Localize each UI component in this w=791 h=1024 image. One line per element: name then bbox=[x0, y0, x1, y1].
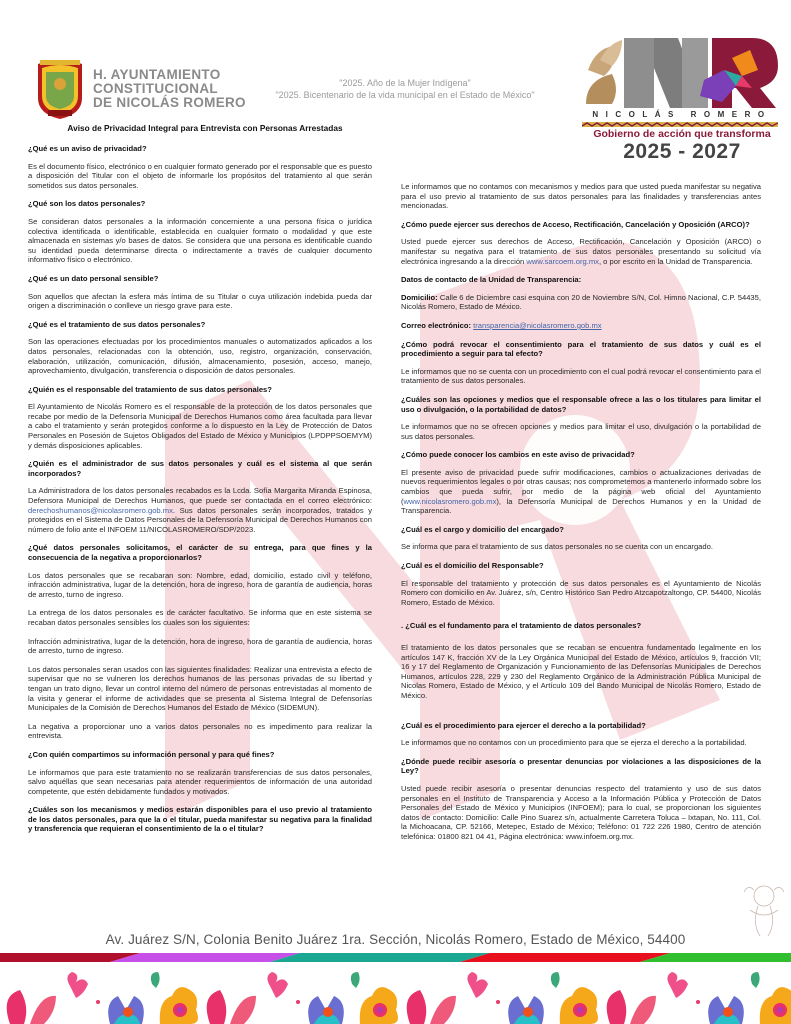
municipality-line-3: DE NICOLÁS ROMERO bbox=[93, 96, 246, 110]
section-text: Los datos personales que se recabaran so… bbox=[28, 571, 372, 600]
section-heading: ¿Qué son los datos personales? bbox=[28, 199, 372, 209]
section-heading: ¿Quién es el administrador de sus datos … bbox=[28, 459, 372, 478]
footer-address: Av. Juárez S/N, Colonia Benito Juárez 1r… bbox=[0, 932, 791, 947]
section-text: La entrega de los datos personales es de… bbox=[28, 608, 372, 627]
section-heading: ¿Quién es el responsable del tratamiento… bbox=[28, 385, 372, 395]
contact-heading: Datos de contacto de la Unidad de Transp… bbox=[401, 275, 761, 285]
motto-line-2: "2025. Bicentenario de la vida municipal… bbox=[240, 89, 570, 101]
section-heading: ¿Cuál es el cargo y domicilio del encarg… bbox=[401, 525, 761, 535]
section-text: El Ayuntamiento de Nicolás Romero es el … bbox=[28, 402, 372, 450]
section-text: Infracción administrativa, lugar de la d… bbox=[28, 637, 372, 656]
logo-slogan: Gobierno de acción que transforma bbox=[582, 128, 782, 140]
section-text: El tratamiento de los datos personales q… bbox=[401, 643, 761, 701]
sarcoem-link[interactable]: www.sarcoem.org.mx bbox=[526, 257, 599, 266]
document-title: Aviso de Privacidad Integral para Entrev… bbox=[55, 123, 355, 133]
transparency-email-link[interactable]: transparencia@nicolasromero.gob.mx bbox=[473, 321, 601, 330]
human-rights-email-link[interactable]: derechoshumanos@nicolasromero.gob.mx bbox=[28, 506, 173, 515]
section-text: El responsable del tratamiento y protecc… bbox=[401, 579, 761, 608]
email-label: Correo electrónico: bbox=[401, 321, 471, 330]
section-text: Son aquellos que afectan la esfera más í… bbox=[28, 292, 372, 311]
section-text: Los datos personales seran usados con la… bbox=[28, 665, 372, 713]
section-heading: ¿Qué es el tratamiento de sus datos pers… bbox=[28, 320, 372, 330]
section-heading: . ¿Cuál es el fundamento para el tratami… bbox=[401, 621, 761, 631]
section-heading: ¿Dónde puede recibir asesoría o presenta… bbox=[401, 757, 761, 776]
section-text: Es el documento físico, electrónico o en… bbox=[28, 162, 372, 191]
floral-border bbox=[0, 966, 791, 1024]
right-column: Le informamos que no contamos con mecani… bbox=[401, 182, 761, 851]
section-heading: ¿Cómo podrá revocar el consentimiento pa… bbox=[401, 340, 761, 359]
angel-sketch-icon bbox=[740, 880, 788, 940]
section-text: Se informa que para el tratamiento de su… bbox=[401, 542, 761, 552]
administrator-text: La Administradora de los datos personale… bbox=[28, 486, 372, 505]
annual-mottos: "2025. Año de la Mujer Indígena" "2025. … bbox=[240, 77, 570, 101]
section-text: Usted puede recibir asesoría o presentar… bbox=[401, 784, 761, 842]
section-heading: ¿Cuáles son las opciones y medios que el… bbox=[401, 395, 761, 414]
section-heading: ¿Qué datos personales solicitamos, el ca… bbox=[28, 543, 372, 562]
contact-address: Domicilio: Calle 6 de Diciembre casi esq… bbox=[401, 293, 761, 312]
section-heading: ¿Qué es un dato personal sensible? bbox=[28, 274, 372, 284]
section-text: La Administradora de los datos personale… bbox=[28, 486, 372, 534]
address-value: Calle 6 de Diciembre casi esquina con 20… bbox=[401, 293, 761, 312]
section-heading: ¿Cuál es el procedimiento para ejercer e… bbox=[401, 721, 761, 731]
section-heading: ¿Cuáles son los mecanismos y medios esta… bbox=[28, 805, 372, 834]
address-label: Domicilio: bbox=[401, 293, 438, 302]
municipality-line-1: H. AYUNTAMIENTO bbox=[93, 68, 246, 82]
section-heading: ¿Cómo puede conocer los cambios en este … bbox=[401, 450, 761, 460]
motto-line-1: "2025. Año de la Mujer Indígena" bbox=[240, 77, 570, 89]
section-text: Son las operaciones efectuadas por los p… bbox=[28, 337, 372, 375]
section-text: El presente aviso de privacidad puede su… bbox=[401, 468, 761, 516]
section-heading: ¿Cuál es el domicilio del Responsable? bbox=[401, 561, 761, 571]
section-text: Se consideran datos personales a la info… bbox=[28, 217, 372, 265]
logo-zigzag-band bbox=[582, 122, 778, 127]
section-text: La negativa a proporcionar uno a varios … bbox=[28, 722, 372, 741]
municipal-crest-icon bbox=[34, 58, 86, 120]
section-text: Le informamos que no se ofrecen opciones… bbox=[401, 422, 761, 441]
section-text: Le informamos que para este tratamiento … bbox=[28, 768, 372, 797]
contact-email: Correo electrónico: transparencia@nicola… bbox=[401, 321, 761, 331]
letterhead: H. AYUNTAMIENTO CONSTITUCIONAL DE NICOLÁ… bbox=[0, 0, 791, 140]
nr-logo-icon bbox=[582, 30, 782, 110]
section-text: Usted puede ejercer sus derechos de Acce… bbox=[401, 237, 761, 266]
logo-term-years: 2025 - 2027 bbox=[582, 140, 782, 164]
logo-city-name: NICOLÁS ROMERO bbox=[584, 110, 780, 119]
section-text: Le informamos que no contamos con un pro… bbox=[401, 738, 761, 748]
left-column: ¿Qué es un aviso de privacidad? Es el do… bbox=[28, 144, 372, 842]
section-heading: ¿Cómo puede ejercer sus derechos de Acce… bbox=[401, 220, 761, 230]
section-heading: ¿Qué es un aviso de privacidad? bbox=[28, 144, 372, 154]
arco-text-cont: , o por escrito en la Unidad de Transpar… bbox=[599, 257, 753, 266]
section-text: Le informamos que no contamos con mecani… bbox=[401, 182, 761, 211]
section-text: Le informamos que no se cuenta con un pr… bbox=[401, 367, 761, 386]
municipal-website-link[interactable]: www.nicolasromero.gob.mx bbox=[404, 497, 497, 506]
municipality-line-2: CONSTITUCIONAL bbox=[93, 82, 246, 96]
color-stripe bbox=[0, 953, 791, 962]
municipality-name: H. AYUNTAMIENTO CONSTITUCIONAL DE NICOLÁ… bbox=[93, 68, 246, 110]
section-heading: ¿Con quién compartimos su información pe… bbox=[28, 750, 372, 760]
government-logo: NICOLÁS ROMERO Gobierno de acción que tr… bbox=[582, 30, 782, 165]
